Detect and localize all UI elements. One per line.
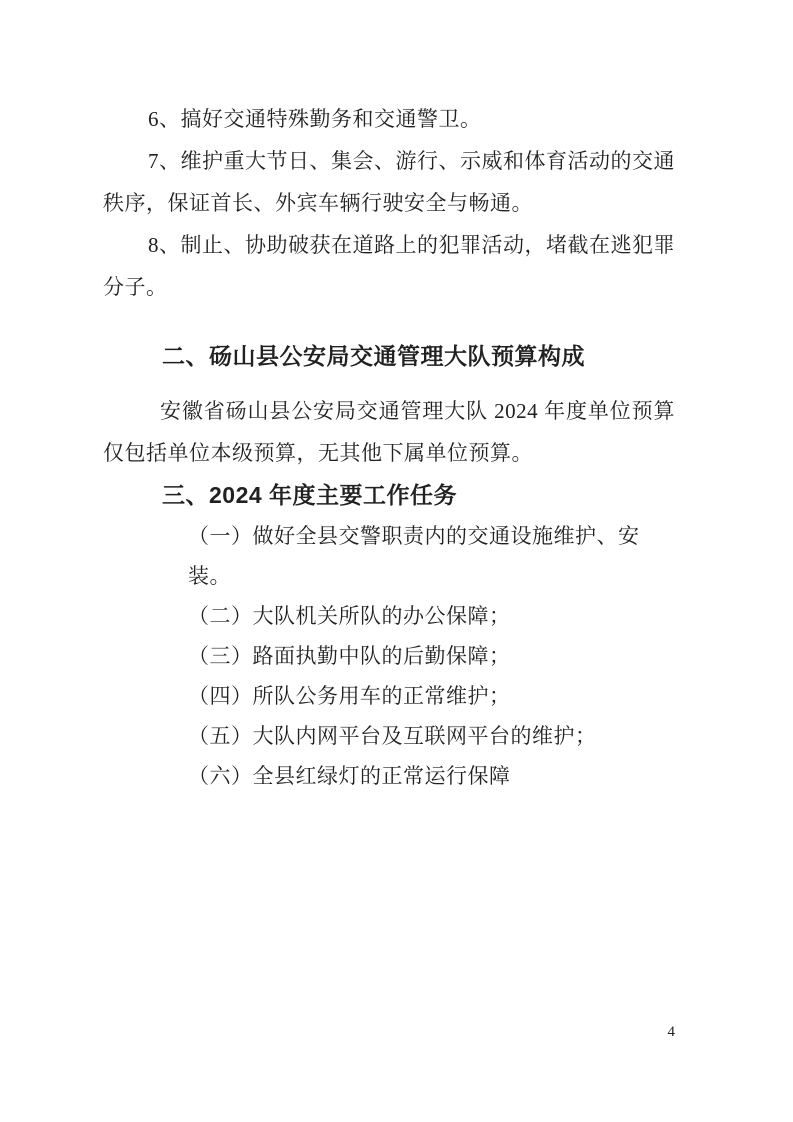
task-list-item-1: （一）做好全县交警职责内的交通设施维护、安装。: [103, 516, 675, 596]
task-list-item-2: （二）大队机关所队的办公保障；: [103, 596, 675, 636]
body-paragraph-budget-composition: 安徽省砀山县公安局交通管理大队 2024 年度单位预算仅包括单位本级预算，无其他…: [103, 390, 675, 474]
task-list-item-3: （三）路面执勤中队的后勤保障；: [103, 636, 675, 676]
task-list-item-5: （五）大队内网平台及互联网平台的维护；: [103, 716, 675, 756]
section-heading-2-budget-composition: 二、砀山县公安局交通管理大队预算构成: [162, 335, 675, 377]
body-paragraph-duty-8: 8、制止、协助破获在道路上的犯罪活动，堵截在逃犯罪分子。: [103, 224, 675, 308]
document-page: 6、搞好交通特殊勤务和交通警卫。 7、维护重大节日、集会、游行、示威和体育活动的…: [0, 0, 793, 1122]
page-number: 4: [668, 1024, 676, 1040]
body-paragraph-duty-7: 7、维护重大节日、集会、游行、示威和体育活动的交通秩序，保证首长、外宾车辆行驶安…: [103, 140, 675, 224]
section-heading-3-main-tasks: 三、2024 年度主要工作任务: [162, 474, 675, 516]
task-list-item-6: （六）全县红绿灯的正常运行保障: [103, 756, 675, 796]
document-body: 6、搞好交通特殊勤务和交通警卫。 7、维护重大节日、集会、游行、示威和体育活动的…: [103, 98, 675, 796]
body-paragraph-duty-6: 6、搞好交通特殊勤务和交通警卫。: [103, 98, 675, 140]
task-list-item-4: （四）所队公务用车的正常维护；: [103, 676, 675, 716]
